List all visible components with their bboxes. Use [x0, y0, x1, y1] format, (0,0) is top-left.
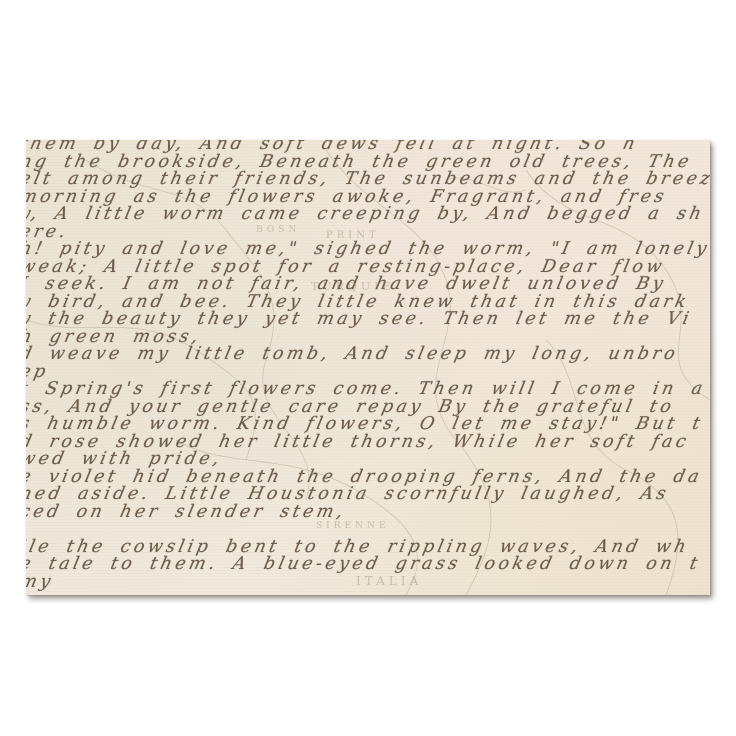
- tissue-paper-sheet: TURQUIE ITALIA SIRENNE PRINT BOSN them b…: [26, 140, 710, 595]
- script-line: my: [26, 574, 710, 592]
- script-line: wed with pride,: [26, 451, 710, 469]
- handwritten-script: them by day, And soft dews fell at night…: [26, 140, 710, 591]
- script-line: d weave my little tomb, And sleep my lon…: [26, 346, 710, 364]
- script-line: h! pity and love me," sighed the worm, "…: [26, 241, 710, 259]
- script-line: [26, 521, 710, 539]
- script-line: s humble worm. Kind flowers, O let me st…: [26, 416, 710, 434]
- script-line: t Spring's first flowers come. Then will…: [26, 381, 710, 399]
- script-line: e tale to them. A blue-eyed grass looked…: [26, 556, 710, 574]
- script-line: y the beauty they yet may see. Then let …: [26, 311, 710, 329]
- script-line: elt among their friends, The sunbeams an…: [26, 171, 710, 189]
- script-line: ced on her slender stem,: [26, 504, 710, 522]
- script-line: y, A little worm came creeping by, And b…: [26, 206, 710, 224]
- script-line: I seek. I am not fair, and have dwelt un…: [26, 276, 710, 294]
- script-line: ned aside. Little Houstonia scornfully l…: [26, 486, 710, 504]
